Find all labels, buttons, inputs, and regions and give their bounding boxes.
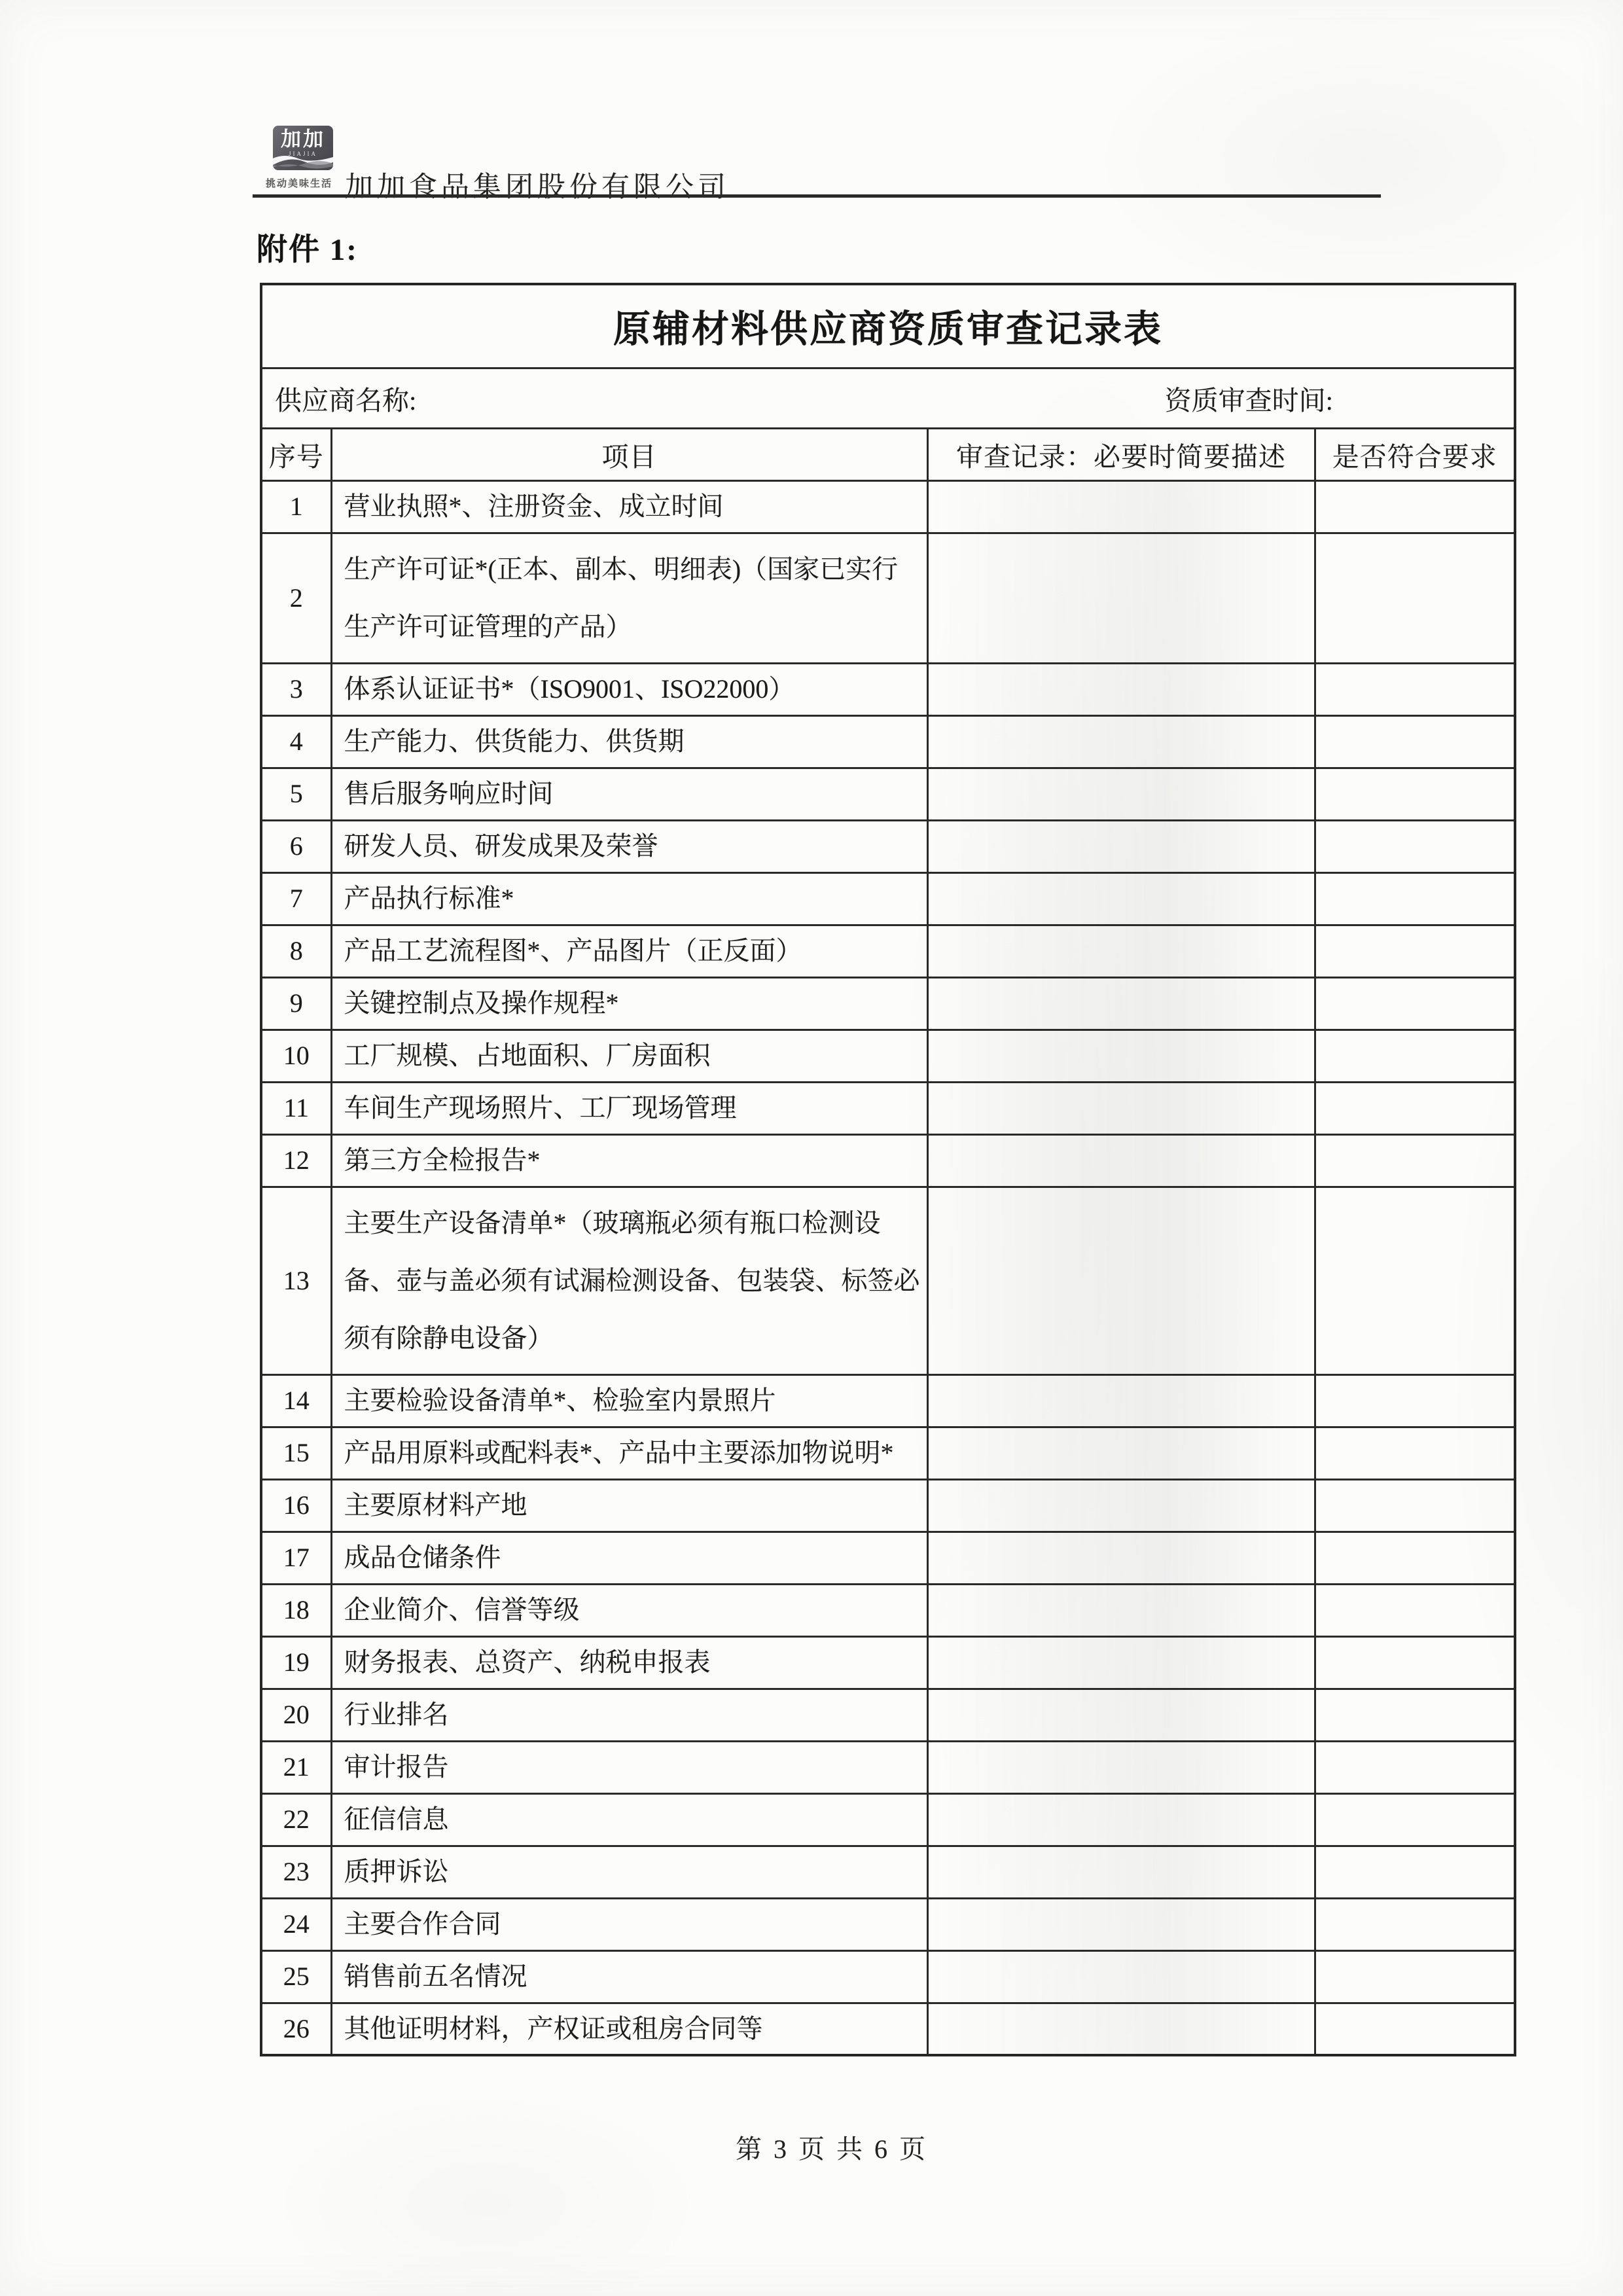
qualification-review-table: 原辅材料供应商资质审查记录表 供应商名称: 资质审查时间: 序号 项目 审查记录… [260, 283, 1516, 2056]
table-row: 7 产品执行标准* [261, 872, 1515, 925]
row-review-record-cell [927, 1950, 1315, 2003]
row-compliance-cell [1315, 1846, 1515, 1898]
row-serial-cell: 9 [261, 977, 331, 1030]
row-item-cell: 营业执照*、注册资金、成立时间 [331, 480, 927, 533]
row-item-cell: 行业排名 [331, 1689, 927, 1741]
row-item-cell: 产品工艺流程图*、产品图片（正反面） [331, 925, 927, 977]
table-title-row: 原辅材料供应商资质审查记录表 [261, 284, 1515, 368]
table-row: 13 主要生产设备清单*（玻璃瓶必须有瓶口检测设备、壶与盖必须有试漏检测设备、包… [261, 1187, 1515, 1374]
table-row: 21 审计报告 [261, 1741, 1515, 1793]
table-row: 24 主要合作合同 [261, 1898, 1515, 1950]
row-serial-cell: 1 [261, 480, 331, 533]
table-row: 16 主要原材料产地 [261, 1479, 1515, 1532]
row-compliance-cell [1315, 663, 1515, 715]
supplier-name-label: 供应商名称: [275, 379, 416, 418]
row-serial-cell: 25 [261, 1950, 331, 2003]
logo-tagline: 挑动美味生活 [266, 176, 342, 190]
row-review-record-cell [927, 1082, 1315, 1134]
row-compliance-cell [1315, 1898, 1515, 1950]
row-compliance-cell [1315, 820, 1515, 872]
row-compliance-cell [1315, 1479, 1515, 1532]
row-compliance-cell [1315, 715, 1515, 768]
table-row: 2 生产许可证*(正本、副本、明细表)（国家已实行生产许可证管理的产品） [261, 533, 1515, 663]
row-serial-cell: 19 [261, 1636, 331, 1689]
row-compliance-cell [1315, 1187, 1515, 1374]
row-serial-cell: 21 [261, 1741, 331, 1793]
row-review-record-cell [927, 1479, 1315, 1532]
row-serial-cell: 26 [261, 2003, 331, 2055]
row-compliance-cell [1315, 1030, 1515, 1082]
row-review-record-cell [927, 1689, 1315, 1741]
table-row: 15 产品用原料或配料表*、产品中主要添加物说明* [261, 1427, 1515, 1479]
row-item-cell: 关键控制点及操作规程* [331, 977, 927, 1030]
row-compliance-cell [1315, 533, 1515, 663]
table-row: 19 财务报表、总资产、纳税申报表 [261, 1636, 1515, 1689]
row-review-record-cell [927, 2003, 1315, 2055]
table-row: 20 行业排名 [261, 1689, 1515, 1741]
row-item-cell: 产品执行标准* [331, 872, 927, 925]
table-row: 23 质押诉讼 [261, 1846, 1515, 1898]
row-review-record-cell [927, 1846, 1315, 1898]
table-row: 5 售后服务响应时间 [261, 768, 1515, 820]
row-review-record-cell [927, 1584, 1315, 1636]
row-serial-cell: 10 [261, 1030, 331, 1082]
table-row: 8 产品工艺流程图*、产品图片（正反面） [261, 925, 1515, 977]
row-serial-cell: 24 [261, 1898, 331, 1950]
table-row: 10 工厂规模、占地面积、厂房面积 [261, 1030, 1515, 1082]
row-serial-cell: 11 [261, 1082, 331, 1134]
row-review-record-cell [927, 1636, 1315, 1689]
row-serial-cell: 18 [261, 1584, 331, 1636]
row-review-record-cell [927, 533, 1315, 663]
row-item-cell: 研发人员、研发成果及荣誉 [331, 820, 927, 872]
row-compliance-cell [1315, 977, 1515, 1030]
row-item-cell: 体系认证证书*（ISO9001、ISO22000） [331, 663, 927, 715]
row-compliance-cell [1315, 1374, 1515, 1427]
column-header-row: 序号 项目 审查记录：必要时简要描述 是否符合要求 [261, 428, 1515, 480]
row-serial-cell: 8 [261, 925, 331, 977]
row-serial-cell: 12 [261, 1134, 331, 1187]
table-row: 22 征信信息 [261, 1793, 1515, 1846]
col-header-compliance: 是否符合要求 [1315, 428, 1515, 480]
table-row: 1 营业执照*、注册资金、成立时间 [261, 480, 1515, 533]
page-number: 第 3 页 共 6 页 [736, 2128, 928, 2166]
col-header-item: 项目 [331, 428, 927, 480]
row-item-cell: 财务报表、总资产、纳税申报表 [331, 1636, 927, 1689]
row-item-cell: 审计报告 [331, 1741, 927, 1793]
row-serial-cell: 6 [261, 820, 331, 872]
row-serial-cell: 23 [261, 1846, 331, 1898]
row-compliance-cell [1315, 925, 1515, 977]
table-title: 原辅材料供应商资质审查记录表 [261, 284, 1515, 368]
row-compliance-cell [1315, 1950, 1515, 2003]
row-review-record-cell [927, 1793, 1315, 1846]
row-compliance-cell [1315, 872, 1515, 925]
row-item-cell: 工厂规模、占地面积、厂房面积 [331, 1030, 927, 1082]
review-time-label: 资质审查时间: [1165, 379, 1333, 418]
row-item-cell: 售后服务响应时间 [331, 768, 927, 820]
row-review-record-cell [927, 715, 1315, 768]
table-row: 14 主要检验设备清单*、检验室内景照片 [261, 1374, 1515, 1427]
table-row: 9 关键控制点及操作规程* [261, 977, 1515, 1030]
row-item-cell: 征信信息 [331, 1793, 927, 1846]
row-compliance-cell [1315, 1741, 1515, 1793]
row-item-cell: 第三方全检报告* [331, 1134, 927, 1187]
row-serial-cell: 16 [261, 1479, 331, 1532]
table-row: 3 体系认证证书*（ISO9001、ISO22000） [261, 663, 1515, 715]
company-name: 加加食品集团股份有限公司 [345, 165, 730, 205]
jiajia-logo: 加加 JIAJIA [273, 126, 333, 170]
row-compliance-cell [1315, 768, 1515, 820]
row-review-record-cell [927, 1134, 1315, 1187]
row-item-cell: 主要原材料产地 [331, 1479, 927, 1532]
table-row: 4 生产能力、供货能力、供货期 [261, 715, 1515, 768]
row-serial-cell: 3 [261, 663, 331, 715]
logo-brand-text: 加加 [273, 129, 333, 150]
row-serial-cell: 5 [261, 768, 331, 820]
row-review-record-cell [927, 872, 1315, 925]
row-item-cell: 销售前五名情况 [331, 1950, 927, 2003]
row-review-record-cell [927, 1532, 1315, 1584]
table-row: 26 其他证明材料，产权证或租房合同等 [261, 2003, 1515, 2055]
row-review-record-cell [927, 1741, 1315, 1793]
row-item-cell: 主要检验设备清单*、检验室内景照片 [331, 1374, 927, 1427]
row-item-cell: 其他证明材料，产权证或租房合同等 [331, 2003, 927, 2055]
row-item-cell: 质押诉讼 [331, 1846, 927, 1898]
table-row: 11 车间生产现场照片、工厂现场管理 [261, 1082, 1515, 1134]
row-compliance-cell [1315, 1082, 1515, 1134]
logo-wave-icon [273, 153, 333, 170]
row-serial-cell: 13 [261, 1187, 331, 1374]
row-review-record-cell [927, 663, 1315, 715]
row-compliance-cell [1315, 2003, 1515, 2055]
row-review-record-cell [927, 1187, 1315, 1374]
row-review-record-cell [927, 480, 1315, 533]
row-serial-cell: 20 [261, 1689, 331, 1741]
table-info-row: 供应商名称: 资质审查时间: [261, 368, 1515, 428]
row-compliance-cell [1315, 1584, 1515, 1636]
table-row: 25 销售前五名情况 [261, 1950, 1515, 2003]
row-serial-cell: 17 [261, 1532, 331, 1584]
row-serial-cell: 7 [261, 872, 331, 925]
row-review-record-cell [927, 1030, 1315, 1082]
row-serial-cell: 2 [261, 533, 331, 663]
row-review-record-cell [927, 977, 1315, 1030]
row-review-record-cell [927, 1898, 1315, 1950]
row-serial-cell: 22 [261, 1793, 331, 1846]
row-item-cell: 成品仓储条件 [331, 1532, 927, 1584]
letterhead-divider [253, 194, 1381, 198]
row-item-cell: 生产能力、供货能力、供货期 [331, 715, 927, 768]
row-item-cell: 企业简介、信誉等级 [331, 1584, 927, 1636]
row-serial-cell: 15 [261, 1427, 331, 1479]
row-serial-cell: 4 [261, 715, 331, 768]
row-compliance-cell [1315, 1636, 1515, 1689]
col-header-serial: 序号 [261, 428, 331, 480]
row-item-cell: 产品用原料或配料表*、产品中主要添加物说明* [331, 1427, 927, 1479]
row-review-record-cell [927, 820, 1315, 872]
row-item-cell: 主要合作合同 [331, 1898, 927, 1950]
table-row: 17 成品仓储条件 [261, 1532, 1515, 1584]
attachment-label: 附件 1: [257, 225, 358, 269]
row-compliance-cell [1315, 1689, 1515, 1741]
col-header-review-record: 审查记录：必要时简要描述 [927, 428, 1315, 480]
row-compliance-cell [1315, 1134, 1515, 1187]
scanned-document-page: 加加 JIAJIA 挑动美味生活 加加食品集团股份有限公司 附件 1: 原辅材料… [0, 0, 1623, 2296]
table-row: 12 第三方全检报告* [261, 1134, 1515, 1187]
row-review-record-cell [927, 1374, 1315, 1427]
row-compliance-cell [1315, 480, 1515, 533]
row-compliance-cell [1315, 1427, 1515, 1479]
row-review-record-cell [927, 1427, 1315, 1479]
row-item-cell: 生产许可证*(正本、副本、明细表)（国家已实行生产许可证管理的产品） [331, 533, 927, 663]
row-item-cell: 主要生产设备清单*（玻璃瓶必须有瓶口检测设备、壶与盖必须有试漏检测设备、包装袋、… [331, 1187, 927, 1374]
row-compliance-cell [1315, 1532, 1515, 1584]
row-item-cell: 车间生产现场照片、工厂现场管理 [331, 1082, 927, 1134]
row-compliance-cell [1315, 1793, 1515, 1846]
row-review-record-cell [927, 768, 1315, 820]
table-row: 6 研发人员、研发成果及荣誉 [261, 820, 1515, 872]
row-review-record-cell [927, 925, 1315, 977]
row-serial-cell: 14 [261, 1374, 331, 1427]
table-row: 18 企业简介、信誉等级 [261, 1584, 1515, 1636]
